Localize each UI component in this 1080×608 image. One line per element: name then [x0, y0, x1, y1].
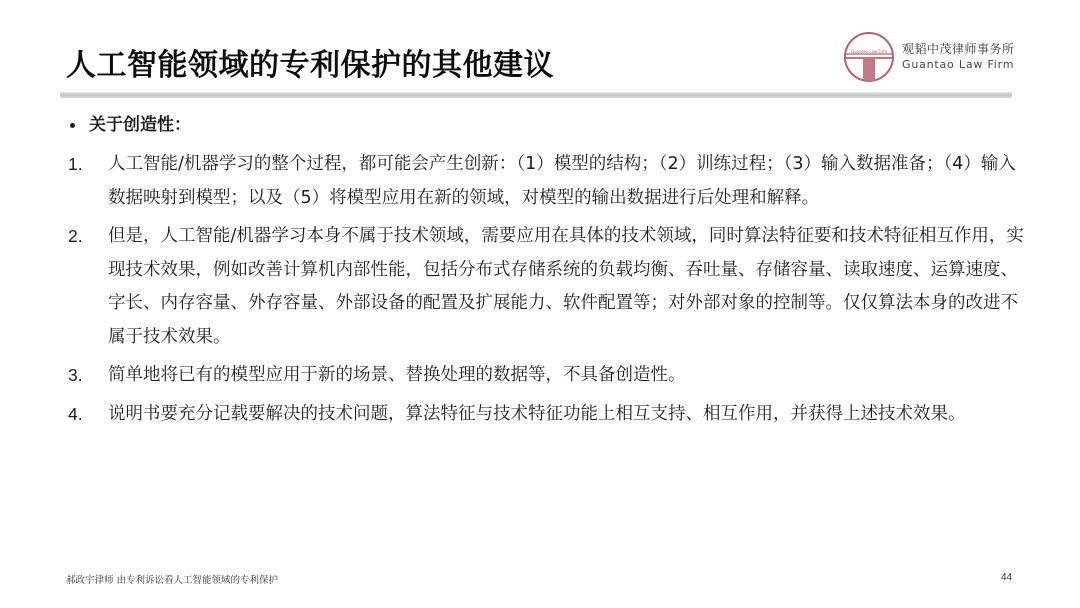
bullet-dot-icon — [70, 123, 75, 128]
list-item-number: 3. — [68, 359, 108, 393]
list-item-number: 2. — [68, 220, 108, 354]
section-heading: 关于创造性： — [68, 112, 191, 138]
list-item: 4. 说明书要充分记载要解决的技术问题，算法特征与技术特征功能上相互支持、相互作… — [68, 398, 1028, 432]
logo-text: 观韬中茂律师事务所 Guantao Law Firm — [902, 42, 1015, 72]
numbered-list: 1. 人工智能/机器学习的整个过程，都可能会产生创新：（1）模型的结构；（2）训… — [68, 148, 1028, 436]
logo-mark-icon: Guantao Law Firm — [842, 30, 896, 84]
firm-logo: Guantao Law Firm 观韬中茂律师事务所 Guantao Law F… — [842, 28, 1015, 86]
list-item-text: 简单地将已有的模型应用于新的场景、替换处理的数据等，不具备创造性。 — [108, 359, 1028, 393]
slide-title: 人工智能领域的专利保护的其他建议 — [66, 46, 554, 86]
list-item: 3. 简单地将已有的模型应用于新的场景、替换处理的数据等，不具备创造性。 — [68, 359, 1028, 393]
list-item-text: 说明书要充分记载要解决的技术问题，算法特征与技术特征功能上相互支持、相互作用，并… — [108, 398, 1028, 432]
section-heading-text: 关于创造性： — [89, 112, 191, 138]
list-item-text: 但是，人工智能/机器学习本身不属于技术领域，需要应用在具体的技术领域，同时算法特… — [108, 220, 1028, 354]
list-item-text: 人工智能/机器学习的整个过程，都可能会产生创新：（1）模型的结构；（2）训练过程… — [108, 148, 1028, 215]
logo-name-cn: 观韬中茂律师事务所 — [902, 42, 1015, 57]
list-item: 1. 人工智能/机器学习的整个过程，都可能会产生创新：（1）模型的结构；（2）训… — [68, 148, 1028, 215]
list-item-number: 4. — [68, 398, 108, 432]
page-number: 44 — [1001, 572, 1012, 583]
svg-text:Guantao Law Firm: Guantao Law Firm — [851, 49, 887, 54]
title-divider — [60, 92, 1012, 98]
list-item: 2. 但是，人工智能/机器学习本身不属于技术领域，需要应用在具体的技术领域，同时… — [68, 220, 1028, 354]
list-item-number: 1. — [68, 148, 108, 215]
footer-caption: 郝政宇律师 由专利诉讼看人工智能领域的专利保护 — [66, 572, 278, 586]
logo-name-en: Guantao Law Firm — [902, 57, 1015, 72]
